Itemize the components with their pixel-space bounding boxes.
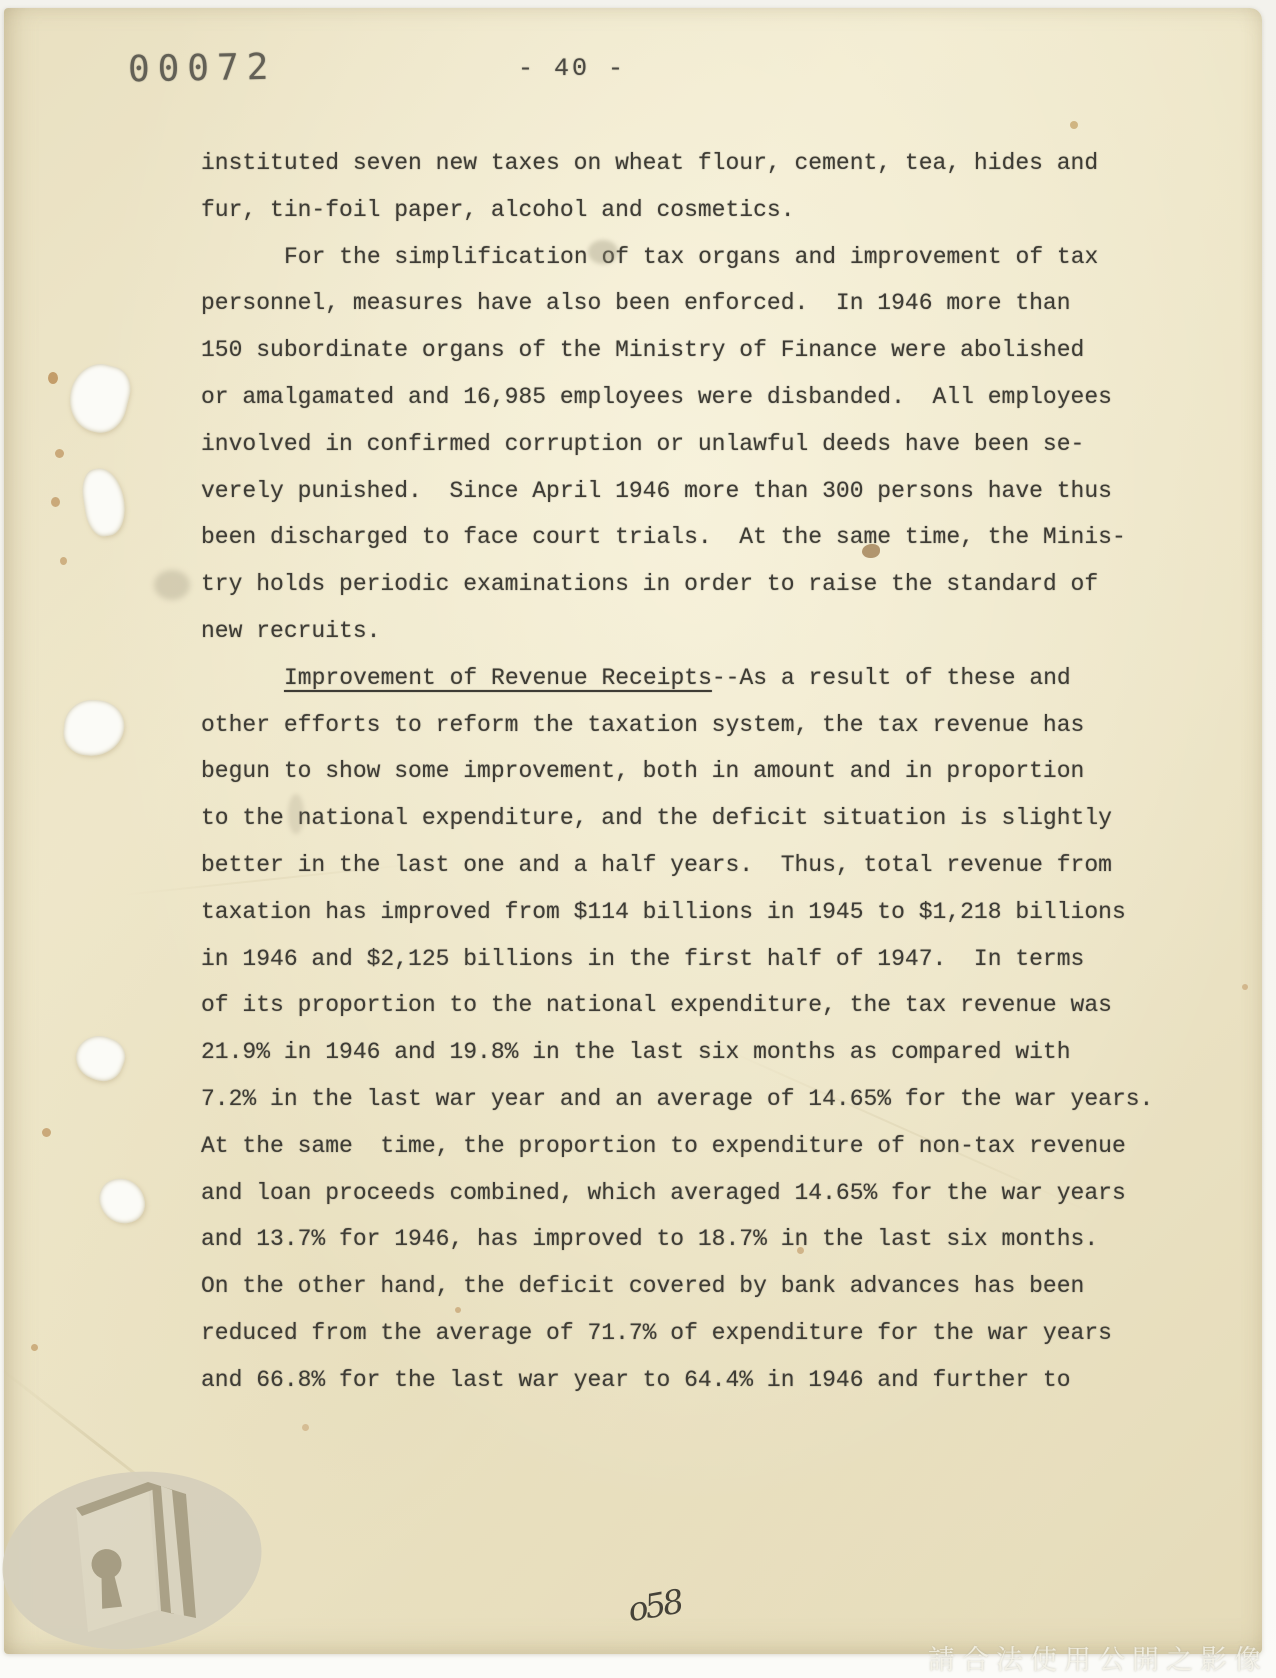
usage-watermark-text: 請合法使用公開之影像 <box>928 1638 1268 1677</box>
typed-text-segment: and 66.8% for the last war year to 64.4%… <box>201 1367 1071 1393</box>
typed-text-segment: other efforts to reform the taxation sys… <box>201 712 1084 738</box>
typed-line: and loan proceeds combined, which averag… <box>201 1170 1211 1217</box>
rust-spot <box>1242 984 1248 990</box>
typed-text-segment: On the other hand, the deficit covered b… <box>201 1273 1084 1299</box>
typed-line: fur, tin-foil paper, alcohol and cosmeti… <box>201 187 1211 234</box>
typed-line: 21.9% in 1946 and 19.8% in the last six … <box>201 1029 1211 1076</box>
typed-text-segment: try holds periodic examinations in order… <box>201 571 1098 597</box>
typed-line: Improvement of Revenue Receipts--As a re… <box>201 655 1211 702</box>
rust-spot <box>455 1307 461 1313</box>
page-number: - 40 - <box>518 54 626 83</box>
typed-line: verely punished. Since April 1946 more t… <box>201 468 1211 515</box>
typed-line: personnel, measures have also been enfor… <box>201 280 1211 327</box>
typed-line: At the same time, the proportion to expe… <box>201 1123 1211 1170</box>
archive-serial-stamp: 00072 <box>128 47 277 91</box>
section-heading: Improvement of Revenue Receipts <box>284 665 712 691</box>
typed-line: taxation has improved from $114 billions… <box>201 889 1211 936</box>
typed-line: 7.2% in the last war year and an average… <box>201 1076 1211 1123</box>
typed-line: and 66.8% for the last war year to 64.4%… <box>201 1357 1211 1404</box>
typed-line: instituted seven new taxes on wheat flou… <box>201 140 1211 187</box>
typed-text-segment: to the national expenditure, and the def… <box>201 805 1112 831</box>
rust-spot <box>55 449 64 458</box>
rust-spot <box>31 1344 38 1351</box>
typed-text-segment: involved in confirmed corruption or unla… <box>201 431 1084 457</box>
typed-line: of its proportion to the national expend… <box>201 982 1211 1029</box>
rust-spot <box>51 497 60 507</box>
smudge <box>588 240 618 264</box>
typed-text-segment: and loan proceeds combined, which averag… <box>201 1180 1126 1206</box>
punch-hole <box>95 1173 150 1229</box>
typed-text-segment: and 13.7% for 1946, has improved to 18.7… <box>201 1226 1098 1252</box>
rust-spot <box>48 372 58 384</box>
typed-text-segment: verely punished. Since April 1946 more t… <box>201 478 1112 504</box>
typed-text-segment: 150 subordinate organs of the Ministry o… <box>201 337 1084 363</box>
rust-spot <box>42 1128 51 1137</box>
typed-text-segment: been discharged to face court trials. At… <box>201 524 1126 550</box>
typed-text: instituted seven new taxes on wheat flou… <box>201 140 1211 1404</box>
typed-text-segment: personnel, measures have also been enfor… <box>201 290 1071 316</box>
typed-text-segment: taxation has improved from $114 billions… <box>201 899 1126 925</box>
scanned-document: { "page": { "stamp_number": "00072", "pa… <box>0 0 1276 1678</box>
typed-text-segment: fur, tin-foil paper, alcohol and cosmeti… <box>201 197 795 223</box>
typed-line: in 1946 and $2,125 billions in the first… <box>201 936 1211 983</box>
typed-line: and 13.7% for 1946, has improved to 18.7… <box>201 1216 1211 1263</box>
smudge <box>288 794 304 834</box>
typed-text-segment: 7.2% in the last war year and an average… <box>201 1086 1153 1112</box>
typed-text-segment: reduced from the average of 71.7% of exp… <box>201 1320 1112 1346</box>
typed-text-segment: --As a result of these and <box>712 665 1071 691</box>
typed-text-segment: For the simplification of tax organs and… <box>284 244 1098 270</box>
archive-book-keyhole-logo-icon <box>0 1460 270 1660</box>
typed-line: new recruits. <box>201 608 1211 655</box>
punch-hole <box>70 1029 131 1087</box>
punch-hole <box>63 358 136 438</box>
punch-hole <box>79 465 129 538</box>
typed-text-segment: At the same time, the proportion to expe… <box>201 1133 1126 1159</box>
typed-line: reduced from the average of 71.7% of exp… <box>201 1310 1211 1357</box>
typed-line: other efforts to reform the taxation sys… <box>201 702 1211 749</box>
typed-line: try holds periodic examinations in order… <box>201 561 1211 608</box>
typed-line: to the national expenditure, and the def… <box>201 795 1211 842</box>
typed-text-segment: new recruits. <box>201 618 380 644</box>
typed-line: 150 subordinate organs of the Ministry o… <box>201 327 1211 374</box>
typed-text-segment: or amalgamated and 16,985 employees were… <box>201 384 1112 410</box>
typed-text-segment: better in the last one and a half years.… <box>201 852 1112 878</box>
typed-text-segment: begun to show some improvement, both in … <box>201 758 1084 784</box>
typed-line: better in the last one and a half years.… <box>201 842 1211 889</box>
typed-line: or amalgamated and 16,985 employees were… <box>201 374 1211 421</box>
document-page: 00072 - 40 - instituted seven new taxes … <box>4 8 1262 1654</box>
rust-spot <box>797 1247 804 1254</box>
typed-text-segment: instituted seven new taxes on wheat flou… <box>201 150 1098 176</box>
typed-line: On the other hand, the deficit covered b… <box>201 1263 1211 1310</box>
rust-spot <box>302 1424 309 1431</box>
typed-line: For the simplification of tax organs and… <box>201 234 1211 281</box>
typed-line: involved in confirmed corruption or unla… <box>201 421 1211 468</box>
ink-stain <box>862 544 880 558</box>
typed-text-segment: 21.9% in 1946 and 19.8% in the last six … <box>201 1039 1071 1065</box>
typed-line: begun to show some improvement, both in … <box>201 748 1211 795</box>
smudge <box>154 570 190 600</box>
punch-hole <box>61 697 127 759</box>
rust-spot <box>1070 121 1078 129</box>
typed-text-segment: in 1946 and $2,125 billions in the first… <box>201 946 1084 972</box>
typed-line: been discharged to face court trials. At… <box>201 514 1211 561</box>
rust-spot <box>60 557 67 565</box>
typed-text-segment: of its proportion to the national expend… <box>201 992 1112 1018</box>
